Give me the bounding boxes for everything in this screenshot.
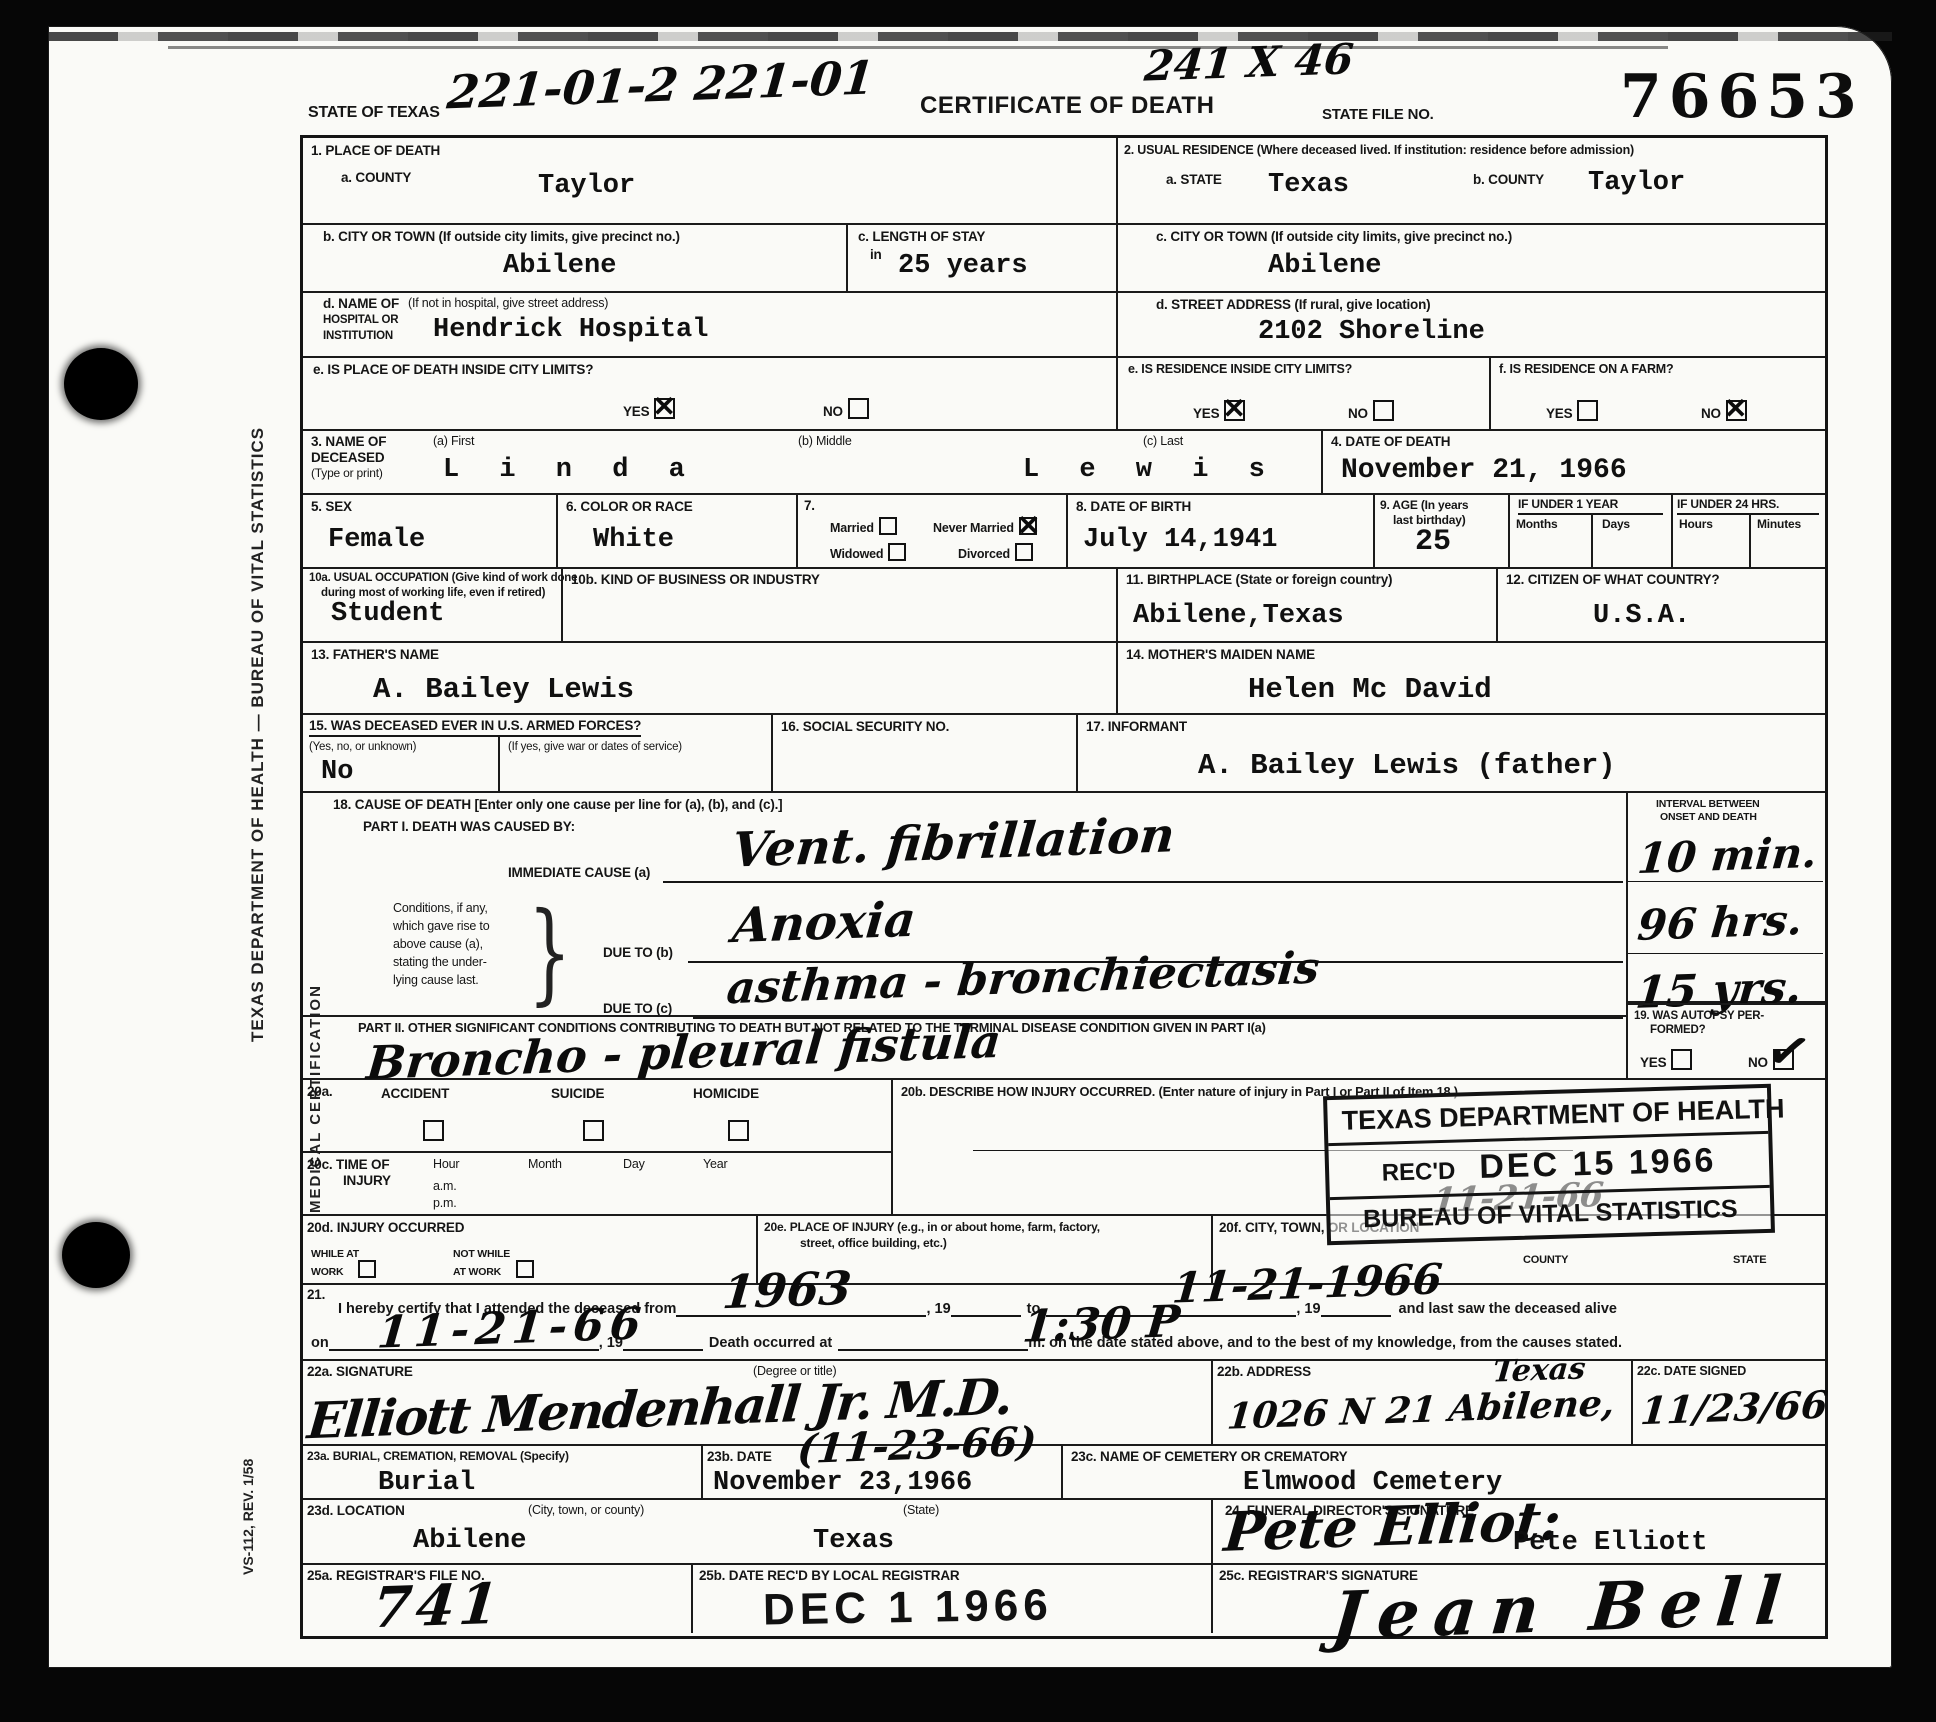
divorced-checkbox — [1015, 543, 1033, 561]
death-occurred-text: Death occurred at — [709, 1335, 832, 1351]
hospital-label-3: INSTITUTION — [323, 330, 393, 342]
while-at-work-label-1: WHILE AT — [311, 1248, 359, 1260]
farm-no-checkbox — [1726, 400, 1747, 421]
death-date-handwriting: 11-21-66 — [375, 1298, 649, 1358]
field-accident-suicide-homicide: 20a. ACCIDENT SUICIDE HOMICIDE — [303, 1080, 893, 1153]
conditions-line-4: stating the under- — [393, 955, 487, 969]
usual-residence-label: 2. USUAL RESIDENCE (Where deceased lived… — [1124, 143, 1634, 157]
no-label: NO — [1701, 406, 1721, 421]
address-handwriting: 1026 N 21 Abilene, — [1225, 1382, 1616, 1437]
burial-label: 23a. BURIAL, CREMATION, REMOVAL (Specify… — [307, 1449, 569, 1463]
residence-county-label: b. COUNTY — [1473, 172, 1544, 187]
field-color-race: 6. COLOR OR RACE White — [558, 495, 798, 569]
while-at-work: WHILE AT WORK — [311, 1248, 376, 1278]
part1-label: PART I. DEATH WAS CAUSED BY: — [363, 819, 575, 834]
date-signed-handwriting: 11/23/66 — [1639, 1382, 1830, 1433]
age-value: 25 — [1415, 525, 1451, 559]
occupation-label-1: 10a. USUAL OCCUPATION (Give kind of work… — [309, 572, 577, 584]
field-burial: 23a. BURIAL, CREMATION, REMOVAL (Specify… — [303, 1446, 703, 1500]
field-age: 9. AGE (In years last birthday) 25 — [1375, 495, 1510, 569]
accident-checkbox — [423, 1120, 444, 1141]
form-revision-code: VS-112, REV. 1/58 — [240, 1385, 256, 1575]
date-of-birth-label: 8. DATE OF BIRTH — [1076, 499, 1191, 514]
burial-date-label: 23b. DATE — [707, 1449, 772, 1464]
punch-hole-top — [64, 348, 138, 420]
informant-value: A. Bailey Lewis (father) — [1198, 749, 1616, 782]
conditions-line-2: which gave rise to — [393, 919, 489, 933]
divorced-label: Divorced — [958, 547, 1010, 561]
burial-date-value: November 23,1966 — [713, 1468, 972, 1498]
married-checkbox — [879, 517, 897, 535]
field-burial-date: 23b. DATE (11-23-66) November 23,1966 — [703, 1446, 1063, 1500]
name-label-1: 3. NAME OF — [311, 434, 386, 449]
field-registrar-signature: 25c. REGISTRAR'S SIGNATURE Jean Bell — [1213, 1565, 1825, 1633]
autopsy-yes: YES — [1640, 1049, 1692, 1070]
conditions-line-1: Conditions, if any, — [393, 901, 488, 915]
field-sex: 5. SEX Female — [303, 495, 558, 569]
homicide-label: HOMICIDE — [693, 1086, 759, 1101]
stamp-date: DEC 15 1966 — [1479, 1141, 1717, 1186]
length-of-stay-label: c. LENGTH OF STAY — [858, 229, 985, 244]
yes-label: YES — [1640, 1055, 1666, 1070]
birthplace-label: 11. BIRTHPLACE (State or foreign country… — [1126, 572, 1392, 587]
stamp-recd-label: REC'D — [1381, 1158, 1455, 1187]
nineteen-1: 19 — [935, 1301, 951, 1317]
due-to-c-label: DUE TO (c) — [603, 1001, 672, 1016]
not-while-label-2: AT WORK — [453, 1266, 501, 1278]
residence-limits-no: NO — [1348, 400, 1394, 421]
field-funeral-director: 24. FUNERAL DIRECTOR'S SIGNATURE Pete El… — [1213, 1500, 1825, 1565]
date-of-death-value: November 21, 1966 — [1341, 455, 1627, 486]
date-received-label: 25b. DATE REC'D BY LOCAL REGISTRAR — [699, 1568, 959, 1583]
street-address-label: d. STREET ADDRESS (If rural, give locati… — [1156, 297, 1430, 312]
field-cause-of-death: 18. CAUSE OF DEATH [Enter only one cause… — [303, 793, 1628, 1015]
not-while-label-1: NOT WHILE — [453, 1248, 510, 1260]
informant-label: 17. INFORMANT — [1086, 719, 1187, 734]
field-if-under-1-year: IF UNDER 1 YEAR Months Days — [1510, 495, 1673, 569]
under-24-hrs-label: IF UNDER 24 HRS. — [1677, 497, 1819, 515]
autopsy-no-checkbox — [1773, 1049, 1794, 1070]
scanned-death-certificate: TEXAS DEPARTMENT OF HEALTH — BUREAU OF V… — [0, 0, 1936, 1722]
injury-state-label: STATE — [1733, 1254, 1766, 1266]
day-label: Day — [623, 1157, 645, 1171]
year-label: Year — [703, 1157, 727, 1171]
color-race-label: 6. COLOR OR RACE — [566, 499, 693, 514]
death-limits-yes-checkbox — [654, 398, 675, 419]
marital-divorced: Divorced — [958, 543, 1033, 561]
attended-from-handwriting: 1963 — [720, 1261, 853, 1319]
scan-scuff-band — [48, 32, 1892, 41]
not-while-at-work: NOT WHILE AT WORK — [453, 1248, 534, 1278]
farm-label: f. IS RESIDENCE ON A FARM? — [1499, 362, 1673, 376]
place-of-death-label: 1. PLACE OF DEATH — [311, 143, 440, 158]
state-of-texas-label: STATE OF TEXAS — [308, 104, 440, 122]
field-city-of-death: b. CITY OR TOWN (If outside city limits,… — [303, 225, 848, 293]
ssn-label: 16. SOCIAL SECURITY NO. — [781, 719, 949, 734]
interval-line-b — [1628, 953, 1823, 954]
days-label: Days — [1602, 517, 1630, 531]
due-to-b-label: DUE TO (b) — [603, 945, 673, 960]
date-signed-label: 22c. DATE SIGNED — [1637, 1364, 1746, 1378]
burial-value: Burial — [378, 1468, 475, 1498]
marital-never: Never Married — [933, 517, 1037, 535]
hour-label: Hour — [433, 1157, 459, 1171]
registrar-file-handwriting: 741 — [370, 1571, 505, 1641]
name-label-3: (Type or print) — [311, 466, 383, 480]
field-injury-occurred: 20d. INJURY OCCURRED WHILE AT WORK NOT W… — [303, 1216, 758, 1285]
time-of-injury-label-2: INJURY — [343, 1173, 391, 1188]
hospital-note: (If not in hospital, give street address… — [408, 296, 608, 310]
date-of-death-label: 4. DATE OF DEATH — [1331, 434, 1450, 449]
field-occupation: 10a. USUAL OCCUPATION (Give kind of work… — [303, 569, 563, 643]
yes-label: YES — [1546, 406, 1572, 421]
last-name-value: L e w i s — [1023, 455, 1277, 485]
attended-to-handwriting: 11-21-1966 — [1170, 1254, 1444, 1312]
registrar-signature-handwriting: Jean Bell — [1329, 1561, 1798, 1655]
field-if-under-24-hrs: IF UNDER 24 HRS. Hours Minutes — [1673, 495, 1825, 569]
marital-label: 7. — [804, 498, 815, 513]
conditions-line-3: above cause (a), — [393, 937, 483, 951]
interval-a-handwriting: 10 min. — [1636, 828, 1820, 883]
county-label: a. COUNTY — [341, 170, 411, 185]
armed-forces-note-1: (Yes, no, or unknown) — [309, 741, 416, 753]
field-informant: 17. INFORMANT A. Bailey Lewis (father) — [1078, 715, 1825, 793]
month-label: Month — [528, 1157, 562, 1171]
hospital-label-2: HOSPITAL OR — [323, 314, 398, 326]
field-name-of-deceased: 3. NAME OF DECEASED (Type or print) (a) … — [303, 431, 1323, 495]
field-length-of-stay: c. LENGTH OF STAY in 25 years — [848, 225, 1118, 293]
signature-label: 22a. SIGNATURE — [307, 1364, 413, 1379]
armed-forces-divider — [498, 737, 500, 793]
autopsy-no: NO — [1748, 1049, 1794, 1070]
handwritten-plate-number: 241 X 46 — [1142, 34, 1355, 90]
first-name-value: L i n d a — [443, 455, 697, 485]
field-ssn: 16. SOCIAL SECURITY NO. — [773, 715, 1078, 793]
residence-limits-yes-checkbox — [1224, 400, 1245, 421]
field-residence-farm: f. IS RESIDENCE ON A FARM? YES NO — [1491, 358, 1825, 431]
death-limits-no: NO — [823, 398, 869, 419]
conditions-line-5: lying cause last. — [393, 973, 479, 987]
widowed-checkbox — [888, 543, 906, 561]
field-interval: INTERVAL BETWEEN ONSET AND DEATH 10 min.… — [1628, 793, 1825, 1003]
yes-label: YES — [1193, 406, 1219, 421]
county-value: Taylor — [538, 171, 635, 201]
date-of-birth-value: July 14,1941 — [1083, 525, 1277, 555]
father-name-value: A. Bailey Lewis — [373, 673, 634, 706]
no-label: NO — [1348, 406, 1368, 421]
residence-limits-yes: YES — [1193, 400, 1245, 421]
field-father-name: 13. FATHER'S NAME A. Bailey Lewis — [303, 643, 1118, 715]
certificate-form-grid: MEDICAL CERTIFICATION 1. PLACE OF DEATH … — [300, 135, 1828, 1639]
residence-city-value: Abilene — [1268, 251, 1381, 281]
last-name-label: (c) Last — [1143, 434, 1183, 448]
pm-label: p.m. — [433, 1196, 457, 1210]
interval-b-handwriting: 96 hrs. — [1636, 895, 1805, 950]
field-street-address: d. STREET ADDRESS (If rural, give locati… — [1118, 293, 1825, 358]
field-burial-location: 23d. LOCATION (City, town, or county) (S… — [303, 1500, 1213, 1565]
marital-married: Married — [830, 517, 897, 535]
time-of-injury-label-1: 20c. TIME OF — [307, 1157, 389, 1172]
field-birthplace: 11. BIRTHPLACE (State or foreign country… — [1118, 569, 1498, 643]
injury-county-label: COUNTY — [1523, 1254, 1568, 1266]
city-of-death-value: Abilene — [503, 251, 616, 281]
punch-hole-bottom — [62, 1222, 130, 1288]
field-date-signed: 22c. DATE SIGNED 11/23/66 — [1633, 1361, 1825, 1446]
length-of-stay-value: 25 years — [898, 251, 1028, 281]
location-label: 23d. LOCATION — [307, 1503, 405, 1518]
hours-minutes-divider — [1749, 513, 1751, 569]
residence-state-label: a. STATE — [1166, 172, 1222, 187]
field-place-of-death: 1. PLACE OF DEATH a. COUNTY Taylor — [303, 138, 1118, 225]
injury-occurred-label: 20d. INJURY OCCURRED — [307, 1220, 464, 1235]
time-blank — [838, 1335, 1028, 1351]
cemetery-label: 23c. NAME OF CEMETERY OR CREMATORY — [1071, 1449, 1348, 1464]
marital-widowed: Widowed — [830, 543, 906, 561]
place-of-injury-label-2: street, office building, etc.) — [800, 1236, 947, 1250]
field-certification-statement: 21. I hereby certify that I attended the… — [303, 1285, 1825, 1361]
armed-forces-note-2: (If yes, give war or dates of service) — [508, 741, 682, 753]
am-label: a.m. — [433, 1179, 457, 1193]
field-citizen: 12. CITIZEN OF WHAT COUNTRY? U.S.A. — [1498, 569, 1825, 643]
received-stamp: TEXAS DEPARTMENT OF HEALTH REC'DDEC 15 1… — [1323, 1084, 1775, 1245]
never-married-checkbox — [1019, 517, 1037, 535]
burial-date-handwriting: (11-23-66) — [795, 1418, 1038, 1473]
address-label: 22b. ADDRESS — [1217, 1364, 1311, 1379]
while-at-work-label-2: WORK — [311, 1266, 343, 1278]
location-city-note: (City, town, or county) — [528, 1503, 644, 1517]
residence-limits-label: e. IS RESIDENCE INSIDE CITY LIMITS? — [1128, 362, 1352, 376]
field-residence-city-limits: e. IS RESIDENCE INSIDE CITY LIMITS? YES … — [1118, 358, 1491, 431]
field-part2: PART II. OTHER SIGNIFICANT CONDITIONS CO… — [303, 1015, 1628, 1080]
immediate-cause-label: IMMEDIATE CAUSE (a) — [508, 865, 650, 880]
occupation-value: Student — [331, 599, 444, 629]
field-death-city-limits: e. IS PLACE OF DEATH INSIDE CITY LIMITS?… — [303, 358, 1118, 431]
while-at-work-checkbox — [358, 1260, 376, 1278]
cause-of-death-label: 18. CAUSE OF DEATH [Enter only one cause… — [333, 797, 782, 812]
on-text: on — [311, 1335, 329, 1351]
months-days-divider — [1591, 513, 1593, 569]
hospital-value: Hendrick Hospital — [433, 315, 708, 345]
autopsy-yes-checkbox — [1671, 1049, 1692, 1070]
field-hospital: d. NAME OF (If not in hospital, give str… — [303, 293, 1118, 358]
interval-label-2: ONSET AND DEATH — [1660, 811, 1757, 823]
item-20a-label: 20a. — [307, 1084, 332, 1099]
funeral-director-typed-name: Pete Elliott — [1513, 1528, 1707, 1558]
location-city-value: Abilene — [413, 1526, 526, 1556]
middle-name-label: (b) Middle — [798, 434, 852, 448]
farm-yes: YES — [1546, 400, 1598, 421]
field-business-industry: 10b. KIND OF BUSINESS OR INDUSTRY — [563, 569, 1118, 643]
state-file-number: 76653 — [1620, 62, 1864, 132]
field-autopsy: 19. WAS AUTOPSY PER- FORMED? YES NO — [1628, 1003, 1825, 1080]
never-married-label: Never Married — [933, 521, 1014, 535]
age-label-1: 9. AGE (In years — [1380, 498, 1468, 512]
field-armed-forces: 15. WAS DECEASED EVER IN U.S. ARMED FORC… — [303, 715, 773, 793]
field-time-of-injury: 20c. TIME OF INJURY Hour Month Day Year … — [303, 1153, 893, 1216]
hospital-label-1: d. NAME OF — [323, 296, 399, 311]
farm-no: NO — [1701, 400, 1747, 421]
sex-label: 5. SEX — [311, 499, 352, 514]
cause-b-handwriting: Anoxia — [730, 892, 918, 954]
state-file-no-label: STATE FILE NO. — [1322, 106, 1434, 123]
residence-limits-no-checkbox — [1373, 400, 1394, 421]
field-residence-city: c. CITY OR TOWN (If outside city limits,… — [1118, 225, 1825, 293]
months-label: Months — [1516, 517, 1557, 531]
certificate-title: CERTIFICATE OF DEATH — [920, 92, 1214, 120]
armed-forces-label: 15. WAS DECEASED EVER IN U.S. ARMED FORC… — [309, 718, 641, 737]
hours-label: Hours — [1679, 517, 1713, 531]
death-limits-yes: YES — [623, 398, 675, 419]
yes-label: YES — [623, 404, 649, 419]
mother-name-label: 14. MOTHER'S MAIDEN NAME — [1126, 647, 1315, 662]
mother-name-value: Helen Mc David — [1248, 673, 1492, 706]
field-mother-name: 14. MOTHER'S MAIDEN NAME Helen Mc David — [1118, 643, 1825, 715]
length-of-stay-in-label: in — [870, 247, 882, 262]
certify-year-blank-1 — [951, 1301, 1021, 1317]
occupation-label-2: during most of working life, even if ret… — [321, 587, 545, 599]
suicide-label: SUICIDE — [551, 1086, 604, 1101]
not-while-checkbox — [516, 1260, 534, 1278]
left-margin-department-text: TEXAS DEPARTMENT OF HEALTH — BUREAU OF V… — [248, 282, 268, 1042]
residence-state-value: Texas — [1268, 170, 1349, 200]
death-time-handwriting: 1:30 P — [1020, 1296, 1182, 1352]
residence-city-label: c. CITY OR TOWN (If outside city limits,… — [1156, 229, 1512, 244]
field-physician-address: 22b. ADDRESS 1026 N 21 Abilene, Texas — [1213, 1361, 1633, 1446]
field-physician-signature: 22a. SIGNATURE (Degree or title) Elliott… — [303, 1361, 1213, 1446]
location-state-value: Texas — [813, 1526, 894, 1556]
death-limits-no-checkbox — [848, 398, 869, 419]
citizen-value: U.S.A. — [1593, 601, 1690, 631]
autopsy-label-1: 19. WAS AUTOPSY PER- — [1634, 1010, 1764, 1022]
no-label: NO — [823, 404, 843, 419]
scan-scuff-line — [168, 46, 1668, 49]
field-usual-residence: 2. USUAL RESIDENCE (Where deceased lived… — [1118, 138, 1825, 225]
field-marital-status: 7. Married Never Married Widowed Divorce… — [798, 495, 1068, 569]
married-label: Married — [830, 521, 874, 535]
birthplace-value: Abilene,Texas — [1133, 601, 1344, 631]
location-state-note: (State) — [903, 1503, 939, 1517]
death-city-limits-label: e. IS PLACE OF DEATH INSIDE CITY LIMITS? — [313, 362, 593, 377]
homicide-checkbox — [728, 1120, 749, 1141]
interval-label-1: INTERVAL BETWEEN — [1656, 798, 1760, 810]
widowed-label: Widowed — [830, 547, 883, 561]
minutes-label: Minutes — [1757, 517, 1801, 531]
business-industry-label: 10b. KIND OF BUSINESS OR INDUSTRY — [571, 572, 820, 587]
address-state-handwriting: Texas — [1491, 1351, 1587, 1389]
item-21-label: 21. — [307, 1287, 325, 1302]
place-of-injury-label-1: 20e. PLACE OF INJURY (e.g., in or about … — [764, 1220, 1100, 1234]
field-registrar-file-no: 25a. REGISTRAR'S FILE NO. 741 — [303, 1565, 693, 1633]
field-date-of-death: 4. DATE OF DEATH November 21, 1966 — [1323, 431, 1825, 495]
accident-label: ACCIDENT — [381, 1086, 449, 1101]
armed-forces-value: No — [321, 757, 353, 787]
autopsy-label-2: FORMED? — [1650, 1024, 1705, 1036]
father-name-label: 13. FATHER'S NAME — [311, 647, 439, 662]
field-date-of-birth: 8. DATE OF BIRTH July 14,1941 — [1068, 495, 1375, 569]
citizen-label: 12. CITIZEN OF WHAT COUNTRY? — [1506, 572, 1719, 587]
street-address-value: 2102 Shoreline — [1258, 317, 1485, 347]
farm-yes-checkbox — [1577, 400, 1598, 421]
sex-value: Female — [328, 525, 425, 555]
city-of-death-label: b. CITY OR TOWN (If outside city limits,… — [323, 229, 680, 244]
suicide-checkbox — [583, 1120, 604, 1141]
field-date-received: 25b. DATE REC'D BY LOCAL REGISTRAR DEC 1… — [693, 1565, 1213, 1633]
name-label-2: DECEASED — [311, 450, 384, 465]
residence-county-value: Taylor — [1588, 168, 1685, 198]
conditions-brace: } — [528, 888, 571, 1016]
color-race-value: White — [593, 525, 674, 555]
date-received-stamp: DEC 1 1966 — [763, 1580, 1054, 1635]
first-name-label: (a) First — [433, 434, 474, 448]
